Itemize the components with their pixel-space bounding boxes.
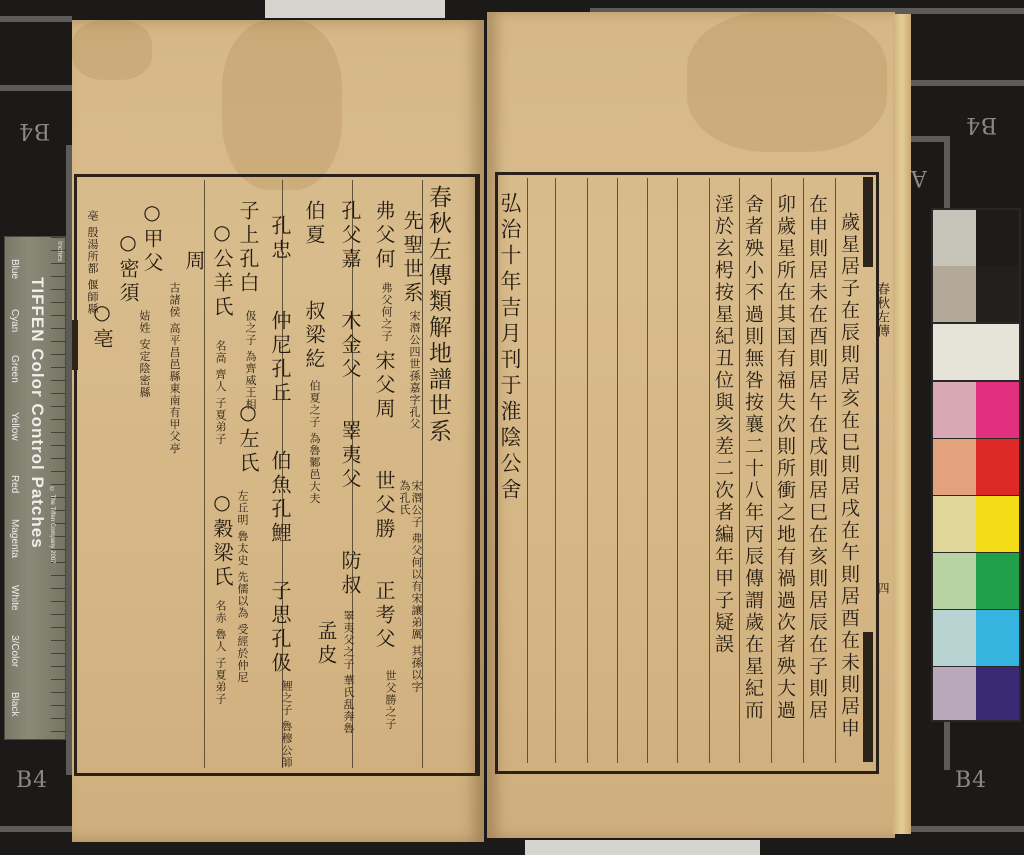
text-column: 在申則居未在酉則居午在戌則居巳在亥則居辰在子則居 [807, 194, 826, 722]
text-column: 舍者殃小不過則無咎按襄二十八年丙辰傳謂歲在星紀而 [743, 194, 762, 722]
color-patch-strip [931, 208, 1021, 722]
genealogy-note: 伯夏之子 為魯鄹邑大夫 [308, 380, 320, 505]
ruler-brand: TIFFEN Color Control Patches [27, 277, 47, 549]
text-column: 卯歲星所在其国有福失次則所衝之地有禍過次者殃大過 [775, 194, 794, 722]
genealogy-entry: ○穀梁氏 [212, 490, 232, 590]
state-note: 姞姓 安定陰密縣 [138, 310, 150, 760]
column-rule [803, 178, 804, 763]
dynasty-heading: 周 [184, 250, 204, 274]
registration-mark-top-left: B4 [18, 118, 50, 143]
genealogy-entry: 睪夷父 [340, 420, 360, 492]
genealogy-note: 伋之子 為齊威王相 [244, 310, 256, 411]
patch-pale-violet [933, 667, 976, 720]
guide-line-top [0, 16, 72, 22]
genealogy-entry: 宋父周 [374, 350, 394, 422]
ruler-inches-label: Inches [56, 241, 63, 262]
tiffen-color-ruler: Inches TIFFEN Color Control Patches © Th… [4, 236, 66, 740]
column-rule [739, 178, 740, 763]
genealogy-note: 世父勝之子 [384, 670, 396, 730]
column-rule [527, 178, 528, 763]
registration-mark-bottom-left: B4 [16, 768, 48, 793]
ruler-copyright: © The Tiffen Company 2007 [49, 487, 55, 564]
genealogy-note: 左丘明 魯太史 先儒以為 受經於仲尼 [236, 490, 248, 750]
patch-light-gray [933, 210, 976, 266]
genealogy-note: 宋湣公子 弗父何以有宋讓弟厲 其孫以字為孔氏 [398, 480, 422, 700]
guide-line-bottom-left [0, 826, 72, 832]
margin-title: 春秋左傳 [875, 282, 887, 338]
registration-mark-top-right: B4 [965, 112, 997, 137]
fish-tail-band [863, 177, 873, 267]
water-stain [72, 20, 152, 80]
genealogy-entry: 木金父 [340, 310, 360, 382]
margin-page-number: 四 [877, 582, 889, 595]
text-column: 歲星居子在辰則居亥在巳則居戌在午則居酉在未則居申 [839, 212, 858, 740]
genealogy-entry: 弗父何 [374, 200, 394, 272]
genealogy-entry: 子上孔白 [238, 200, 258, 296]
water-stain [687, 12, 887, 152]
page-edge [893, 14, 911, 834]
genealogy-entry: 世父勝 [374, 470, 394, 542]
patch-black-2 [976, 266, 1019, 322]
patch-black-1 [976, 210, 1019, 266]
ruler-color-yellow: Yellow [9, 412, 20, 441]
ruler-color-black: Black [9, 692, 20, 716]
genealogy-entry: 正考父 [374, 580, 394, 652]
patch-white [933, 324, 1019, 380]
paper-tab-bottom [525, 840, 760, 855]
genealogy-note: 睪夷父之子 華氏乱奔魯 [342, 610, 354, 735]
patch-cyan [976, 610, 1019, 666]
column-rule [835, 178, 836, 763]
patch-red [976, 439, 1019, 495]
fish-tail-band [863, 632, 873, 762]
water-stain [222, 20, 342, 190]
genealogy-entry: ○左氏 [238, 400, 258, 476]
patch-magenta [976, 382, 1019, 438]
patch-blue-violet [976, 667, 1019, 720]
patch-green [976, 553, 1019, 609]
genealogy-entry: 叔梁紇 [304, 300, 324, 372]
genealogy-entry: 仲尼孔丘 [270, 310, 290, 406]
ruler-color-blue: Blue [9, 259, 20, 279]
column-rule [677, 178, 678, 763]
ruler-color-red: Red [9, 475, 20, 493]
registration-mark-bottom-right: B4 [955, 768, 987, 793]
guide-line-mid-left [0, 85, 72, 91]
patch-pale-green [933, 553, 976, 609]
state-note: 亳 殷湯所都 偃師縣 [86, 210, 98, 760]
ruler-color-magenta: Magenta [9, 519, 20, 558]
paper-tab-top [265, 0, 445, 18]
left-page-title: 春秋左傳類解地譜世系 [426, 185, 449, 445]
genealogy-note: 名赤 魯人 子夏弟子 [214, 600, 226, 705]
patch-pale-cyan [933, 610, 976, 666]
genealogy-entry: 子思孔伋 [270, 580, 290, 676]
genealogy-entry: 孔父嘉 [340, 200, 360, 272]
genealogy-entry: 孔忠 [270, 215, 290, 263]
column-rule [617, 178, 618, 763]
column-rule [587, 178, 588, 763]
genealogy-entry: 孟皮 [316, 620, 336, 668]
genealogy-entry: 伯魚孔鯉 [270, 450, 290, 546]
patch-warm-gray [933, 266, 976, 322]
ruler-color-white: White [9, 585, 20, 611]
state-note: 古諸侯 高平昌邑縣東南有甲父亭 [168, 282, 180, 762]
patch-yellow [976, 496, 1019, 552]
ruler-color-cyan: Cyan [9, 309, 20, 332]
column-rule [555, 178, 556, 763]
column-rule [709, 178, 710, 763]
left-page: 春秋左傳類解地譜世系 先聖世系 宋湣公四世孫嘉字孔父 宋湣公子 弗父何以有宋讓弟… [72, 20, 484, 842]
guide-line-mid-right [905, 80, 1024, 86]
genealogy-entry: 防叔 [340, 550, 360, 598]
genealogy-entry: ○公羊氏 [212, 220, 232, 320]
column-rule [771, 178, 772, 763]
genealogy-note: 名高 齊人 子夏弟子 [214, 340, 226, 445]
genealogy-note: 弗父何之子 [380, 282, 392, 342]
guide-line-bottom-right [905, 826, 1024, 832]
right-page: 弘治十年吉月刊于淮陰公舍 歲星居子在辰則居亥在巳則居戌在午則居酉在未則居申 在申… [487, 12, 895, 838]
ruler-color-green: Green [9, 355, 20, 383]
genealogy-entry: 伯夏 [304, 200, 324, 248]
patch-pale-magenta [933, 382, 976, 438]
patch-pale-red [933, 439, 976, 495]
colophon: 弘治十年吉月刊于淮陰公舍 [499, 192, 520, 504]
state-entry: ○甲父 [142, 200, 162, 276]
guide-line-right-lower [944, 720, 950, 770]
text-column: 淫於玄枵按星紀丑位與亥差二次者編年甲子疑誤 [713, 194, 732, 656]
column-rule [647, 178, 648, 763]
genealogy-note: 鯉之子 魯穆公師 [280, 680, 292, 769]
genealogy-entry: 先聖世系 [402, 210, 422, 306]
state-entry: ○密須 [118, 230, 138, 306]
ruler-color-3color: 3/Color [9, 635, 20, 667]
patch-pale-yellow [933, 496, 976, 552]
fish-tail-band [72, 320, 78, 370]
